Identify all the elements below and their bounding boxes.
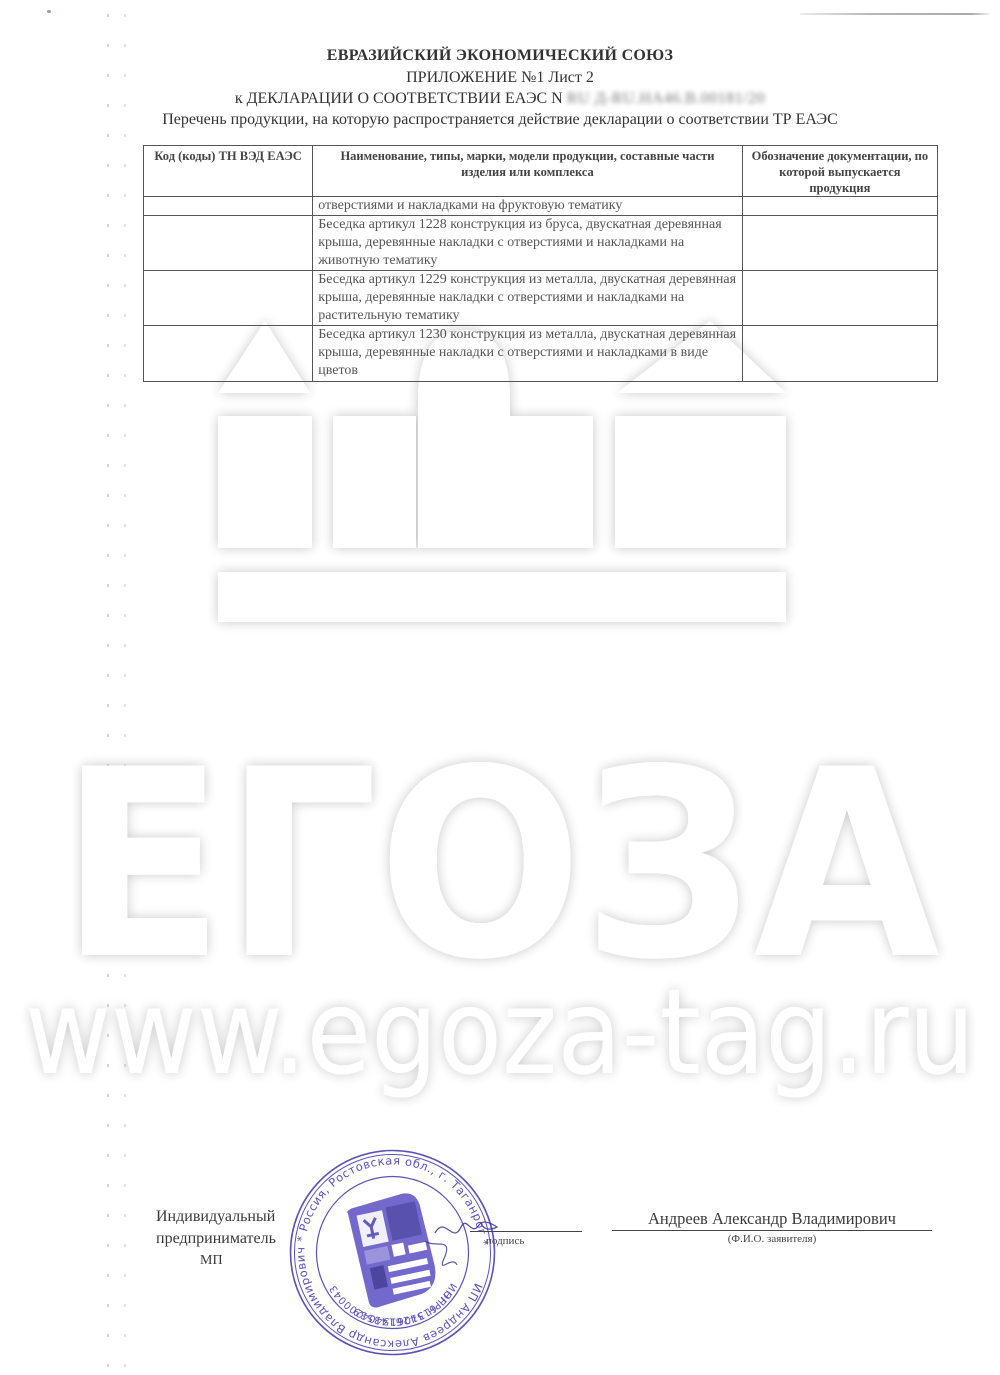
applicant-name-line (612, 1230, 932, 1231)
declaration-prefix: к ДЕКЛАРАЦИИ О СООТВЕТСТВИИ ЕАЭС N (235, 90, 563, 107)
svg-text:www.egoza-tag.ru: www.egoza-tag.ru (25, 963, 975, 1101)
applicant-caption: (Ф.И.О. заявителя) (612, 1233, 932, 1245)
official-stamp-icon: ИП Андреев Александр Владимирович * Росс… (285, 1145, 500, 1360)
cell-code (144, 326, 313, 382)
cell-description: отверстиями и накладками на фруктовую те… (313, 197, 743, 216)
column-header-code: Код (коды) ТН ВЭД ЕАЭС (144, 146, 313, 197)
cell-description: Беседка артикул 1228 конструкция из брус… (313, 216, 743, 271)
table-row: Беседка артикул 1228 конструкция из брус… (144, 216, 938, 271)
cell-code (144, 216, 313, 271)
table-row: Беседка артикул 1230 конструкция из мета… (144, 326, 938, 382)
column-header-name: Наименование, типы, марки, модели продук… (313, 146, 743, 197)
seal-label: МП (200, 1253, 223, 1269)
column-header-documentation: Обозначение документации, по которой вып… (742, 146, 937, 197)
table-header-row: Код (коды) ТН ВЭД ЕАЭС Наименование, тип… (144, 146, 938, 197)
cell-documentation (742, 271, 937, 326)
cell-documentation (742, 326, 937, 382)
products-table: Код (коды) ТН ВЭД ЕАЭС Наименование, тип… (143, 145, 938, 382)
cell-documentation (742, 216, 937, 271)
appendix-title: ПРИЛОЖЕНИЕ №1 Лист 2 (0, 69, 1000, 87)
role-line-2: предприниматель (156, 1230, 276, 1248)
declaration-number-redacted: RU Д-RU.НА46.В.00181/20 (567, 90, 765, 108)
cell-description: Беседка артикул 1229 конструкция из мета… (313, 271, 743, 326)
cell-documentation (742, 197, 937, 216)
declaration-title: к ДЕКЛАРАЦИИ О СООТВЕТСТВИИ ЕАЭС N RU Д-… (0, 90, 1000, 108)
document-subtitle: Перечень продукции, на которую распростр… (0, 111, 1000, 129)
cell-code (144, 271, 313, 326)
role-line-1: Индивидуальный (156, 1208, 275, 1226)
applicant-name: Андреев Александр Владимирович (612, 1209, 932, 1229)
table-row: Беседка артикул 1229 конструкция из мета… (144, 271, 938, 326)
cell-description: Беседка артикул 1230 конструкция из мета… (313, 326, 743, 382)
table-row: отверстиями и накладками на фруктовую те… (144, 197, 938, 216)
union-title: ЕВРАЗИЙСКИЙ ЭКОНОМИЧЕСКИЙ СОЮЗ (0, 47, 1000, 65)
cell-code (144, 197, 313, 216)
